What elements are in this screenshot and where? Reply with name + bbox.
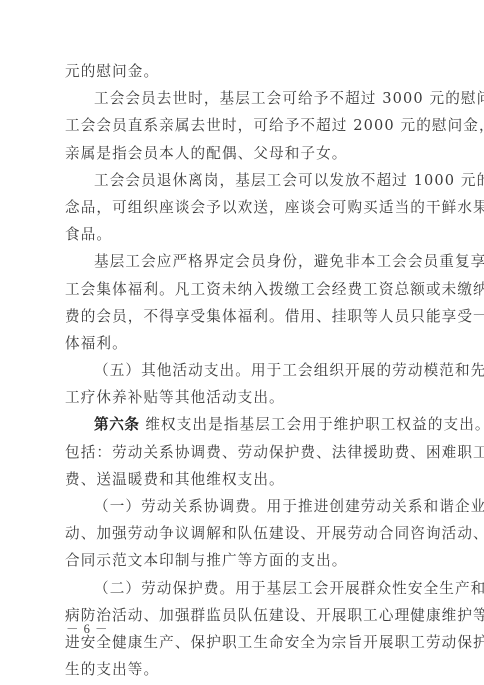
document-body: 元的慰问金。 工会会员去世时，基层工会可给予不超过 3000 元的慰问金； 工会…	[65, 58, 417, 683]
text-line: 食品。	[65, 221, 417, 248]
text-line: 进安全健康生产、保护职工生命安全为宗旨开展职工劳动保护发	[65, 629, 417, 656]
text-line: 动、加强劳动争议调解和队伍建设、开展劳动合同咨询活动、集体	[65, 520, 417, 547]
article-heading-line: 第六条 维权支出是指基层工会用于维护职工权益的支出。	[65, 411, 417, 438]
text-line: 合同示范文本印制与推广等方面的支出。	[65, 547, 417, 574]
text-line: 元的慰问金。	[65, 58, 417, 85]
text-line: （一）劳动关系协调费。用于推进创建劳动关系和谐企业活	[65, 493, 417, 520]
text-line: 工疗休养补贴等其他活动支出。	[65, 384, 417, 411]
text-line: 工会会员退休离岗，基层工会可以发放不超过 1000 元的纪	[65, 167, 417, 194]
text-line: 工会集体福利。凡工资未纳入拨缴工会经费工资总额或未缴纳会	[65, 276, 417, 303]
article-text: 维权支出是指基层工会用于维护职工权益的支出。	[140, 416, 484, 433]
article-number: 第六条	[94, 416, 140, 433]
text-line: 体福利。	[65, 330, 417, 357]
text-line: 费、送温暖费和其他维权支出。	[65, 466, 417, 493]
text-line: 工会会员直系亲属去世时，可给予不超过 2000 元的慰问金，直系	[65, 112, 417, 139]
text-line: （五）其他活动支出。用于工会组织开展的劳动模范和先进职	[65, 357, 417, 384]
text-line: 亲属是指会员本人的配偶、父母和子女。	[65, 140, 417, 167]
text-line: 念品，可组织座谈会予以欢送，座谈会可购买适当的干鲜水果等	[65, 194, 417, 221]
text-line: 费的会员，不得享受集体福利。借用、挂职等人员只能享受一处集	[65, 303, 417, 330]
text-line: 基层工会应严格界定会员身份，避免非本工会会员重复享受	[65, 248, 417, 275]
text-line: 生的支出等。	[65, 656, 417, 683]
text-line: 包括：劳动关系协调费、劳动保护费、法律援助费、困难职工帮扶	[65, 439, 417, 466]
text-line: （二）劳动保护费。用于基层工会开展群众性安全生产和职业	[65, 575, 417, 602]
text-line: 病防治活动、加强群监员队伍建设、开展职工心理健康维护等促	[65, 602, 417, 629]
text-line: 工会会员去世时，基层工会可给予不超过 3000 元的慰问金；	[65, 85, 417, 112]
page-number: － 6 －	[66, 619, 109, 637]
